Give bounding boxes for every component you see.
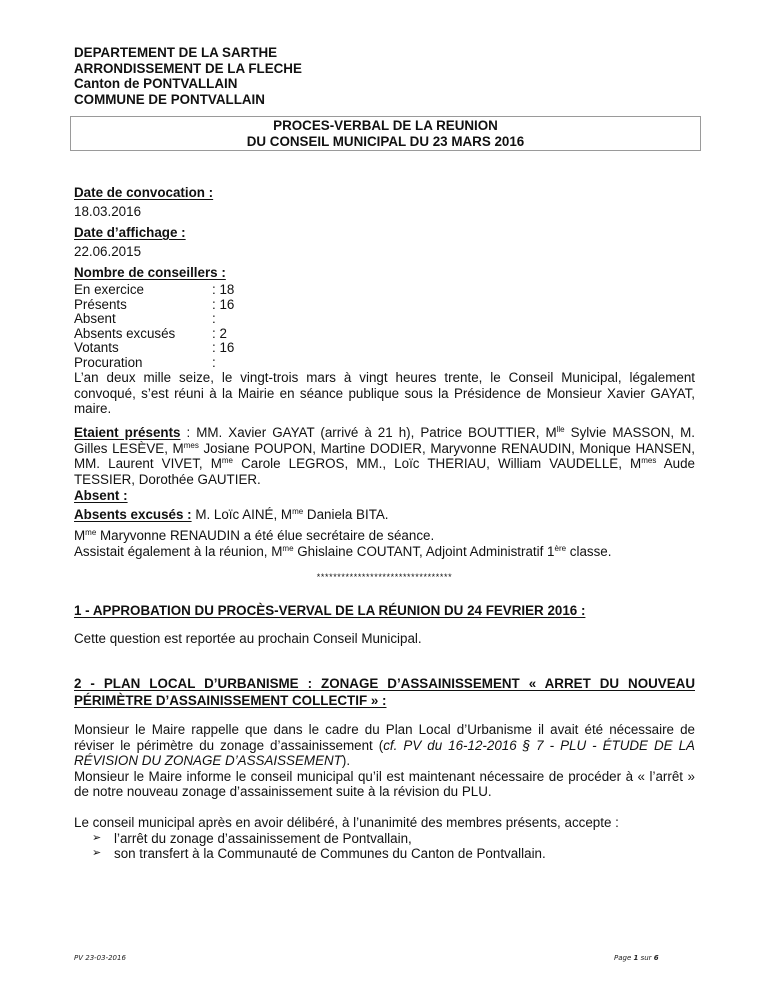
header-canton: Canton de PONTVALLAIN <box>74 76 302 92</box>
superscript: lle <box>557 425 565 434</box>
presents-paragraph: Etaient présents : MM. Xavier GAYAT (arr… <box>74 425 695 487</box>
list-item: ➢ son transfert à la Communauté de Commu… <box>92 846 695 862</box>
count-row: Présents : 16 <box>74 298 234 313</box>
list-item-text: l’arrêt du zonage d’assainissement de Po… <box>114 831 412 847</box>
count-value: : 2 <box>212 327 227 342</box>
count-value: : <box>212 312 216 327</box>
conseillers-label-block: Nombre de conseillers : <box>74 265 695 281</box>
superscript: ère <box>555 544 567 553</box>
excuses-block: Absents excusés : M. Loïc AINÉ, Mme Dani… <box>74 507 695 523</box>
count-row: En exercice : 18 <box>74 283 234 298</box>
section-2: 2 - PLAN LOCAL D’URBANISME : ZONAGE D’AS… <box>74 675 695 862</box>
count-key: Votants <box>74 341 212 356</box>
section-2-text: ). <box>342 753 350 768</box>
section-2-paragraph-3: Le conseil municipal après en avoir déli… <box>74 815 695 831</box>
section-2-paragraph-1: Monsieur le Maire rappelle que dans le c… <box>74 722 695 769</box>
superscript: me <box>282 544 293 553</box>
count-row: Procuration : <box>74 356 234 371</box>
title-line-1: PROCES-VERBAL DE LA REUNION <box>71 118 700 134</box>
conseillers-table: En exercice : 18 Présents : 16 Absent : … <box>74 283 234 371</box>
count-value: : <box>212 356 216 371</box>
absent-block: Absent : <box>74 488 695 504</box>
section-2-paragraph-2: Monsieur le Maire informe le conseil mun… <box>74 769 695 800</box>
list-item-text: son transfert à la Communauté de Commune… <box>114 846 546 862</box>
section-1-body: Cette question est reportée au prochain … <box>74 631 695 647</box>
absent-label: Absent : <box>74 488 695 504</box>
superscript: me <box>222 456 233 465</box>
count-key: Procuration <box>74 356 212 371</box>
superscript: mes <box>184 441 199 450</box>
intro-paragraph: L’an deux mille seize, le vingt-trois ma… <box>74 370 695 417</box>
count-row: Absent : <box>74 312 234 327</box>
page-total: 6 <box>654 954 659 962</box>
header-department: DEPARTEMENT DE LA SARTHE <box>74 45 302 61</box>
secretaire-line: Mme Maryvonne RENAUDIN a été élue secrét… <box>74 528 695 544</box>
list-item: ➢ l’arrêt du zonage d’assainissement de … <box>92 831 695 847</box>
title-line-2: DU CONSEIL MUNICIPAL DU 23 MARS 2016 <box>71 134 700 150</box>
document-header: DEPARTEMENT DE LA SARTHE ARRONDISSEMENT … <box>74 45 302 107</box>
superscript: mes <box>641 456 656 465</box>
footer-page-number: Page 1 sur 6 <box>614 954 659 962</box>
secretaire-block: Mme Maryvonne RENAUDIN a été élue secrét… <box>74 528 695 559</box>
header-arrondissement: ARRONDISSEMENT DE LA FLECHE <box>74 61 302 77</box>
excuses-text: Daniela BITA. <box>303 507 388 522</box>
convocation-date: 18.03.2016 <box>74 204 695 220</box>
presents-text: : MM. Xavier GAYAT (arrivé à 21 h), Patr… <box>180 425 556 440</box>
page-prefix: Page <box>614 954 634 962</box>
presents-label: Etaient présents <box>74 425 180 440</box>
page-sep: sur <box>638 954 653 962</box>
count-key: Absents excusés <box>74 327 212 342</box>
count-row: Absents excusés : 2 <box>74 327 234 342</box>
header-commune: COMMUNE DE PONTVALLAIN <box>74 92 302 108</box>
count-key: Absent <box>74 312 212 327</box>
excuses-label: Absents excusés : <box>74 507 192 522</box>
conseillers-label: Nombre de conseillers : <box>74 265 695 281</box>
arrow-bullet-icon: ➢ <box>92 831 114 847</box>
assistait-text: Ghislaine COUTANT, Adjoint Administratif… <box>294 544 555 559</box>
secretaire-text: Maryvonne RENAUDIN a été élue secrétaire… <box>96 528 434 543</box>
count-key: En exercice <box>74 283 212 298</box>
count-value: : 16 <box>212 298 234 313</box>
arrow-bullet-icon: ➢ <box>92 846 114 862</box>
affichage-date: 22.06.2015 <box>74 244 695 260</box>
count-key: Présents <box>74 298 212 313</box>
affichage-block: Date d’affichage : 22.06.2015 <box>74 225 695 259</box>
count-value: : 18 <box>212 283 234 298</box>
footer-document-ref: PV 23-03-2016 <box>74 954 126 962</box>
count-row: Votants : 16 <box>74 341 234 356</box>
presents-text: Carole LEGROS, MM., Loïc THERIAU, Willia… <box>233 456 641 471</box>
count-value: : 16 <box>212 341 234 356</box>
section-1: 1 - APPROBATION DU PROCÈS-VERVAL DE LA R… <box>74 602 695 647</box>
excuses-text: M. Loïc AINÉ, M <box>192 507 292 522</box>
assistait-text: classe. <box>566 544 611 559</box>
section-1-heading: 1 - APPROBATION DU PROCÈS-VERVAL DE LA R… <box>74 602 695 619</box>
decision-list: ➢ l’arrêt du zonage d’assainissement de … <box>74 831 695 862</box>
convocation-label: Date de convocation : <box>74 185 695 201</box>
secretaire-text: M <box>74 528 85 543</box>
assistait-line: Assistait également à la réunion, Mme Gh… <box>74 544 695 560</box>
assistait-text: Assistait également à la réunion, M <box>74 544 282 559</box>
superscript: me <box>292 507 303 516</box>
section-2-heading: 2 - PLAN LOCAL D’URBANISME : ZONAGE D’AS… <box>74 675 695 709</box>
document-title-box: PROCES-VERBAL DE LA REUNION DU CONSEIL M… <box>70 116 701 151</box>
convocation-block: Date de convocation : 18.03.2016 <box>74 185 695 219</box>
separator-stars: ********************************* <box>74 572 695 582</box>
affichage-label: Date d’affichage : <box>74 225 695 241</box>
superscript: me <box>85 528 96 537</box>
